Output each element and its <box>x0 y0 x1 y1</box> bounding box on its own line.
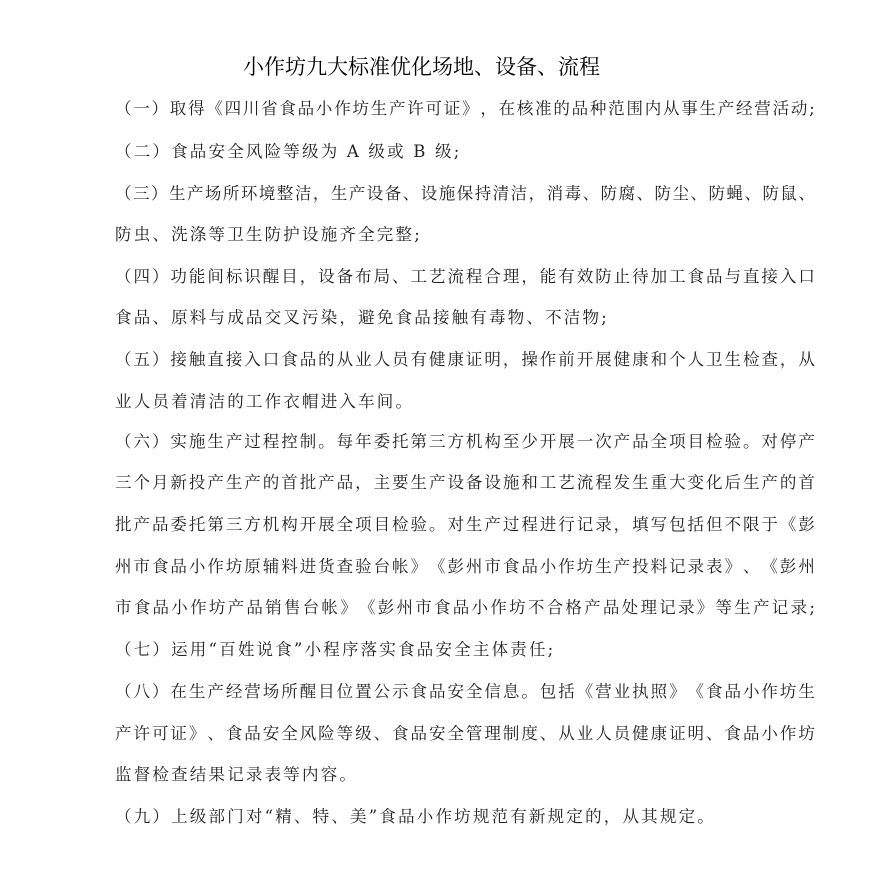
document-line: （五）接触直接入口食品的从业人员有健康证明，操作前开展健康和个人卫生检查，从 <box>115 347 815 373</box>
document-line: 市食品小作坊产品销售台帐》《彭州市食品小作坊不合格产品处理记录》等生产记录; <box>115 595 815 621</box>
document-line: （二）食品安全风险等级为 A 级或 B 级; <box>115 139 815 165</box>
document-line: 业人员着清洁的工作衣帽进入车间。 <box>115 389 815 415</box>
document-line: （六）实施生产过程控制。每年委托第三方机构至少开展一次产品全项目检验。对停产 <box>115 429 815 455</box>
document-line: （一）取得《四川省食品小作坊生产许可证》，在核准的品种范围内从事生产经营活动; <box>115 96 815 122</box>
document-line: （七）运用“百姓说食”小程序落实食品安全主体责任; <box>115 637 815 663</box>
document-line: （八）在生产经营场所醒目位置公示食品安全信息。包括《营业执照》《食品小作坊生 <box>115 679 815 705</box>
document-line: （四）功能间标识醒目，设备布局、工艺流程合理，能有效防止待加工食品与直接入口 <box>115 264 815 290</box>
document-line: 州市食品小作坊原辅料进货查验台帐》《彭州市食品小作坊生产投料记录表》、《彭州 <box>115 554 815 580</box>
document-line: 食品、原料与成品交叉污染，避免食品接触有毒物、不洁物; <box>115 305 815 331</box>
document-title: 小作坊九大标准优化场地、设备、流程 <box>0 52 895 82</box>
document-line: 监督检查结果记录表等内容。 <box>115 762 815 788</box>
document-line: （三）生产场所环境整洁，生产设备、设施保持清洁，消毒、防腐、防尘、防蝇、防鼠、 <box>115 181 815 207</box>
document-line: 防虫、洗涤等卫生防护设施齐全完整; <box>115 222 815 248</box>
document-line: 批产品委托第三方机构开展全项目检验。对生产过程进行记录，填写包括但不限于《彭 <box>115 512 815 538</box>
document-line: 三个月新投产生产的首批产品，主要生产设备设施和工艺流程发生重大变化后生产的首 <box>115 470 815 496</box>
document-title-text: 小作坊九大标准优化场地、设备、流程 <box>243 55 600 79</box>
document-line: （九）上级部门对“精、特、美”食品小作坊规范有新规定的，从其规定。 <box>115 804 815 830</box>
document-line: 产许可证》、食品安全风险等级、食品安全管理制度、从业人员健康证明、食品小作坊 <box>115 721 815 747</box>
